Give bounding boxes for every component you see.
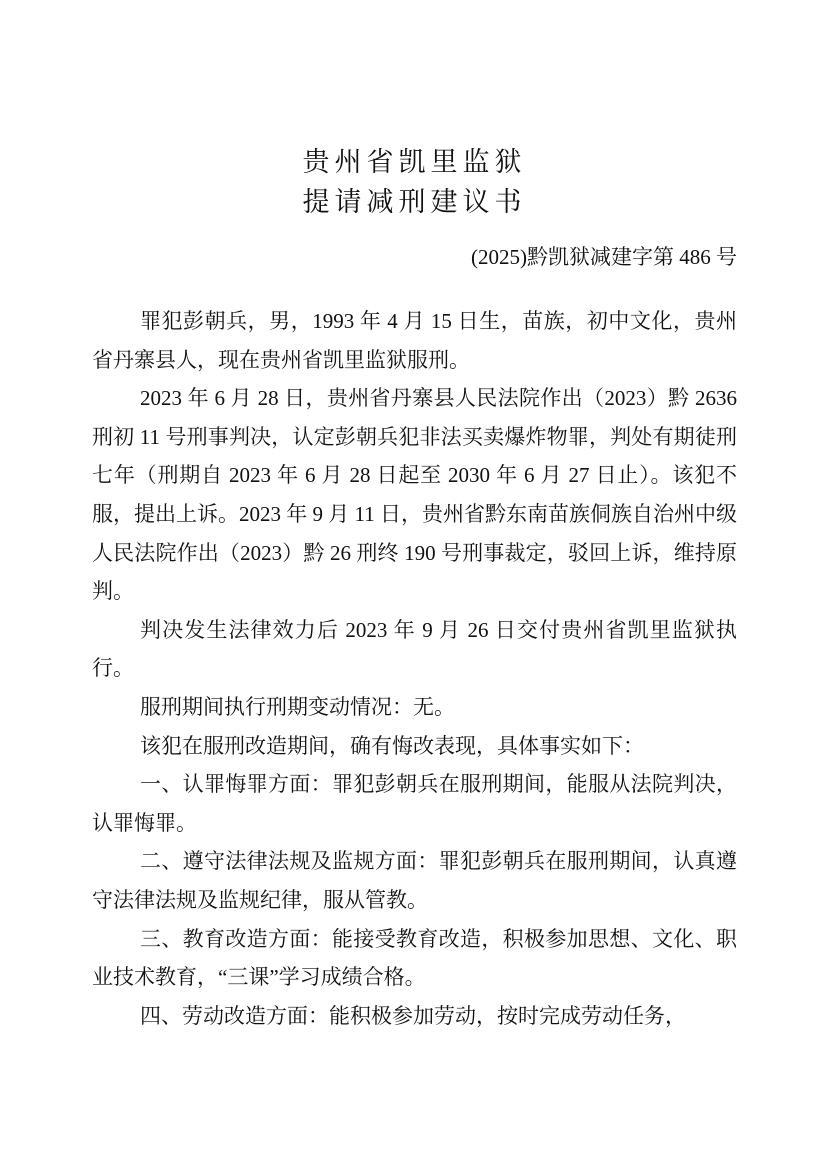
- body-paragraph-item-3: 三、教育改造方面：能接受教育改造，积极参加思想、文化、职业技术教育，“三课”学习…: [92, 920, 737, 997]
- document-title: 贵州省凯里监狱 提请减刑建议书: [92, 142, 737, 222]
- document-title-organization: 贵州省凯里监狱: [92, 142, 737, 182]
- document-body: 罪犯彭朝兵，男，1993 年 4 月 15 日生，苗族，初中文化，贵州省丹寨县人…: [92, 302, 737, 1035]
- document-page: 贵州省凯里监狱 提请减刑建议书 (2025)黔凯狱减建字第 486 号 罪犯彭朝…: [0, 0, 827, 1169]
- body-paragraph-judgment: 2023 年 6 月 28 日，贵州省丹寨县人民法院作出（2023）黔 2636…: [92, 379, 737, 611]
- body-paragraph-item-1: 一、认罪悔罪方面：罪犯彭朝兵在服刑期间，能服从法院判决，认罪悔罪。: [92, 765, 737, 842]
- document-title-type: 提请减刑建议书: [92, 182, 737, 222]
- body-paragraph-item-4: 四、劳动改造方面：能积极参加劳动，按时完成劳动任务，: [92, 997, 737, 1036]
- body-paragraph-repentance-intro: 该犯在服刑改造期间，确有悔改表现，具体事实如下：: [92, 727, 737, 766]
- document-content: 贵州省凯里监狱 提请减刑建议书 (2025)黔凯狱减建字第 486 号 罪犯彭朝…: [0, 142, 827, 1035]
- body-paragraph-term-change: 服刑期间执行刑期变动情况：无。: [92, 688, 737, 727]
- body-paragraph-delivery: 判决发生法律效力后 2023 年 9 月 26 日交付贵州省凯里监狱执行。: [92, 611, 737, 688]
- body-paragraph-intro: 罪犯彭朝兵，男，1993 年 4 月 15 日生，苗族，初中文化，贵州省丹寨县人…: [92, 302, 737, 379]
- document-number: (2025)黔凯狱减建字第 486 号: [92, 242, 737, 272]
- body-paragraph-item-2: 二、遵守法律法规及监规方面：罪犯彭朝兵在服刑期间，认真遵守法律法规及监规纪律，服…: [92, 842, 737, 919]
